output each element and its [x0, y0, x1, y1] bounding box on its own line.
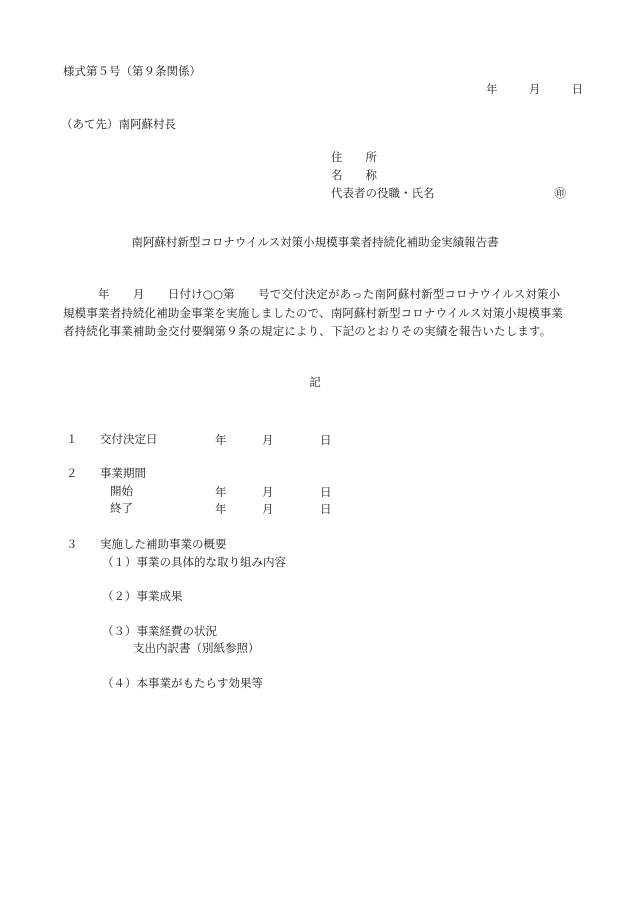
date-year: 年: [486, 82, 498, 96]
item-3: ３実施した補助事業の概要: [66, 537, 227, 551]
item-3-label: 実施した補助事業の概要: [100, 537, 227, 551]
item-2: ２事業期間: [66, 466, 146, 480]
end-day: 日: [320, 501, 332, 517]
item-1-label: 交付決定日: [100, 432, 158, 446]
representative-label: 代表者の役職・氏名: [331, 186, 435, 200]
start-year: 年: [215, 484, 227, 500]
item-3-sub-3-note: 支出内訳書（別紙参照）: [133, 641, 260, 655]
date-month: 月: [529, 82, 541, 96]
item-1-year: 年: [215, 432, 227, 448]
item-1-number: １: [66, 432, 100, 446]
item-3-number: ３: [66, 537, 100, 551]
addressee: （あて先）南阿蘇村長: [61, 117, 176, 131]
seal-icon: ㊞: [555, 186, 567, 200]
item-1-day: 日: [320, 432, 332, 448]
start-day: 日: [320, 484, 332, 500]
ki-heading: 記: [0, 375, 630, 389]
start-month: 月: [262, 484, 274, 500]
item-3-sub-4: （４）本事業がもたらす効果等: [102, 676, 263, 690]
representative-row: 代表者の役職・氏名 ㊞: [331, 186, 566, 204]
item-1: １交付決定日: [66, 432, 158, 446]
item-2-number: ２: [66, 466, 100, 480]
address-label: 住 所: [331, 150, 566, 168]
item-2-label: 事業期間: [100, 466, 146, 480]
period-end-label: 終了: [110, 501, 133, 515]
end-month: 月: [262, 501, 274, 517]
name-label: 名 称: [331, 168, 566, 186]
item-3-sub-1: （１）事業の具体的な取り組み内容: [102, 555, 286, 569]
end-year: 年: [215, 501, 227, 517]
date-line: 年 月 日: [486, 82, 583, 96]
body-paragraph: 年 月 日付け○○第 号で交付決定があった南阿蘇村新型コロナウイルス対策小規模事…: [63, 285, 568, 341]
item-3-sub-3: （３）事業経費の状況: [102, 624, 217, 638]
form-number: 様式第５号（第９条関係）: [63, 64, 201, 78]
date-day: 日: [572, 82, 584, 96]
document-title: 南阿蘇村新型コロナウイルス対策小規模事業者持続化補助金実績報告書: [0, 235, 630, 249]
item-3-sub-2: （２）事業成果: [102, 589, 183, 603]
period-start-label: 開始: [110, 484, 133, 498]
item-1-month: 月: [262, 432, 274, 448]
sender-block: 住 所 名 称 代表者の役職・氏名 ㊞: [331, 150, 566, 204]
